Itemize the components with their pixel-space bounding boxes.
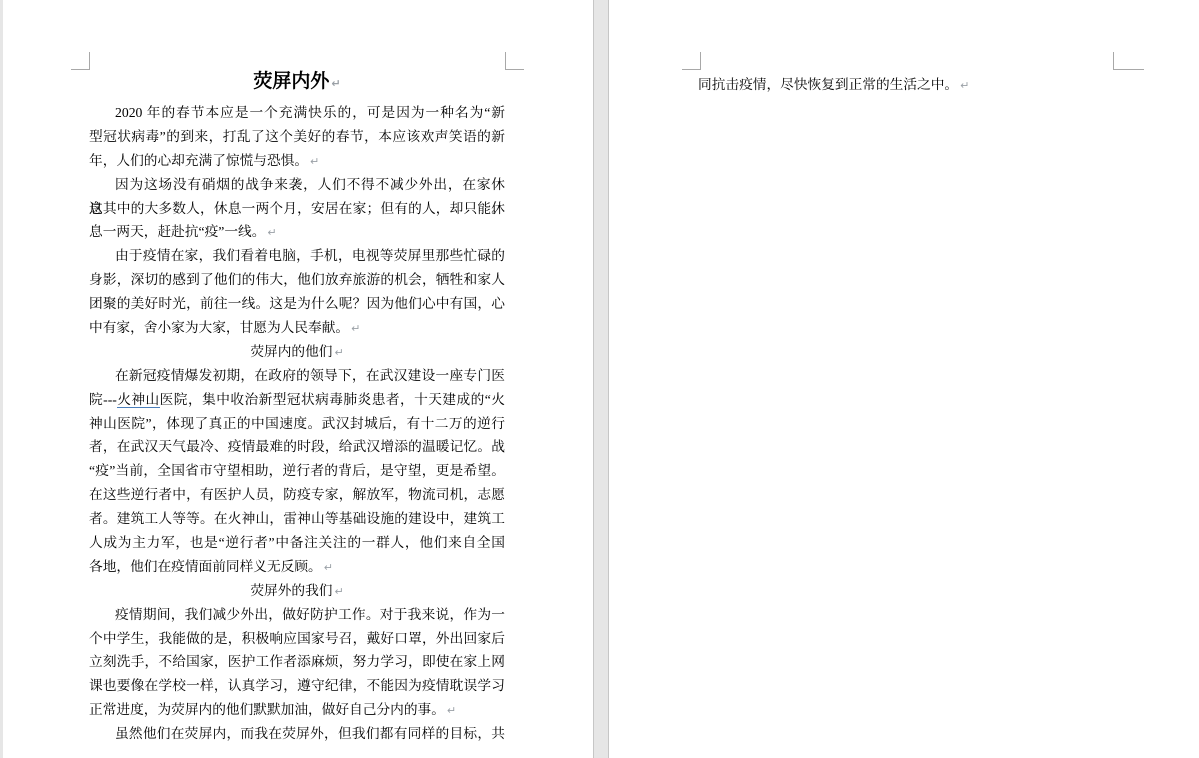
text-line[interactable]: 课也要像在学校一样，认真学习，遵守纪律，不能因为疫情耽误学习 [89, 674, 505, 698]
text-segment: 团聚的美好时光，前往一线。这是为什么呢？因为他们心中有国，心 [89, 296, 505, 311]
page-2-text[interactable]: 同抗击疫情，尽快恢复到正常的生活之中。↵ [698, 73, 1114, 97]
document-page-2[interactable]: 同抗击疫情，尽快恢复到正常的生活之中。↵ [608, 0, 1199, 758]
text-line[interactable]: 荧屏内的他们↵ [89, 340, 505, 364]
paragraph-mark-icon: ↵ [447, 704, 456, 717]
text-line[interactable]: 同抗击疫情，尽快恢复到正常的生活之中。↵ [698, 73, 1114, 97]
hyperlink-huoshenshan[interactable]: 火神山 [117, 392, 160, 408]
paragraph-mark-icon: ↵ [334, 346, 343, 359]
margin-corner-mark-icon [505, 52, 524, 70]
text-segment: 同抗击疫情，尽快恢复到正常的生活之中。 [698, 77, 958, 92]
text-line[interactable]: 者。建筑工人等等。在火神山，雷神山等基础设施的建设中，建筑工 [89, 507, 505, 531]
text-segment: “疫”当前，全国省市守望相助，逆行者的背后，是守望，更是希望。 [89, 463, 505, 478]
text-line[interactable]: 在这些逆行者中，有医护人员，防疫专家，解放军，物流司机，志愿 [89, 483, 505, 507]
document-workspace: 荧屏内外↵2020 年的春节本应是一个充满快乐的，可是因为一种名为“新型冠状病毒… [0, 0, 1199, 758]
text-line[interactable]: “疫”当前，全国省市守望相助，逆行者的背后，是守望，更是希望。 [89, 459, 505, 483]
text-line[interactable]: 团聚的美好时光，前往一线。这是为什么呢？因为他们心中有国，心 [89, 292, 505, 316]
document-page-1[interactable]: 荧屏内外↵2020 年的春节本应是一个充满快乐的，可是因为一种名为“新型冠状病毒… [3, 0, 594, 758]
text-segment: 年，人们的心却充满了惊慌与恐惧。 [89, 153, 308, 168]
text-line[interactable]: 型冠状病毒”的到来，打乱了这个美好的春节，本应该欢声笑语的新 [89, 125, 505, 149]
text-line[interactable]: 立刻洗手，不给国家，医护工作者添麻烦，努力学习，即使在家上网 [89, 650, 505, 674]
text-line[interactable]: 神山医院”，体现了真正的中国速度。武汉封城后，有十二万的逆行 [89, 412, 505, 436]
text-line[interactable]: 各地，他们在疫情面前同样义无反顾。↵ [89, 555, 505, 579]
text-line[interactable]: 在新冠疫情爆发初期，在政府的领导下，在武汉建设一座专门医 [89, 364, 505, 388]
document-title[interactable]: 荧屏内外↵ [89, 62, 505, 101]
page-1-text[interactable]: 荧屏内外↵2020 年的春节本应是一个充满快乐的，可是因为一种名为“新型冠状病毒… [89, 62, 505, 746]
paragraph-mark-icon: ↵ [324, 561, 333, 574]
paragraph-mark-icon: ↵ [960, 79, 969, 92]
margin-corner-mark-icon [682, 52, 701, 70]
text-line[interactable]: 2020 年的春节本应是一个充满快乐的，可是因为一种名为“新 [89, 101, 505, 125]
text-line[interactable]: 年，人们的心却充满了惊慌与恐惧。↵ [89, 149, 505, 173]
paragraph-mark-icon: ↵ [267, 226, 276, 239]
text-segment: 身影，深切的感到了他们的伟大，他们放弃旅游的机会，牺牲和家人 [89, 272, 505, 287]
text-segment: 型冠状病毒”的到来，打乱了这个美好的春节，本应该欢声笑语的新 [89, 129, 505, 144]
text-segment: 各地，他们在疫情面前同样义无反顾。 [89, 559, 322, 574]
paragraph-mark-icon: ↵ [334, 585, 343, 598]
text-segment: 者。建筑工人等等。在火神山，雷神山等基础设施的建设中，建筑工 [89, 511, 505, 526]
text-segment: 虽然他们在荧屏内，而我在荧屏外，但我们都有同样的目标，共 [115, 726, 505, 741]
text-segment: 在新冠疫情爆发初期，在政府的领导下，在武汉建设一座专门医 [115, 368, 505, 383]
text-segment: 这其中的大多数人，休息一两个月，安居在家；但有的人，却只能休 [89, 201, 505, 216]
text-line[interactable]: 虽然他们在荧屏内，而我在荧屏外，但我们都有同样的目标，共 [89, 722, 505, 746]
text-segment: 院--- [89, 392, 117, 407]
paragraph-mark-icon: ↵ [310, 155, 319, 168]
text-line[interactable]: 院---火神山医院，集中收治新型冠状病毒肺炎患者，十天建成的“火 [89, 388, 505, 412]
margin-corner-mark-icon [1113, 52, 1144, 70]
text-line[interactable]: 息一两天，赶赴抗“疫”一线。↵ [89, 220, 505, 244]
text-segment: 中有家，舍小家为大家，甘愿为人民奉献。 [89, 320, 349, 335]
text-line[interactable]: 中有家，舍小家为大家，甘愿为人民奉献。↵ [89, 316, 505, 340]
paragraph-mark-icon: ↵ [351, 322, 360, 335]
text-segment: 2020 年的春节本应是一个充满快乐的，可是因为一种名为“新 [115, 105, 505, 120]
text-segment: 荧屏内外 [253, 71, 329, 92]
text-segment: 人成为主力军，也是“逆行者”中备注关注的一群人，他们来自全国 [89, 535, 505, 550]
margin-corner-mark-icon [71, 52, 90, 70]
text-segment: 立刻洗手，不给国家，医护工作者添麻烦，努力学习，即使在家上网 [89, 654, 505, 669]
text-segment: 正常进度，为荧屏内的他们默默加油，做好自己分内的事。 [89, 702, 445, 717]
text-line[interactable]: 正常进度，为荧屏内的他们默默加油，做好自己分内的事。↵ [89, 698, 505, 722]
text-line[interactable]: 由于疫情在家，我们看着电脑，手机，电视等荧屏里那些忙碌的 [89, 244, 505, 268]
text-segment: 疫情期间，我们减少外出，做好防护工作。对于我来说，作为一 [115, 607, 505, 622]
text-line[interactable]: 人成为主力军，也是“逆行者”中备注关注的一群人，他们来自全国 [89, 531, 505, 555]
text-line[interactable]: 疫情期间，我们减少外出，做好防护工作。对于我来说，作为一 [89, 603, 505, 627]
text-segment: 荧屏内的他们 [250, 344, 332, 359]
text-line[interactable]: 个中学生，我能做的是，积极响应国家号召，戴好口罩，外出回家后 [89, 627, 505, 651]
text-segment: 者，在武汉天气最冷、疫情最难的时段，给武汉增添的温暖记忆。战 [89, 439, 505, 454]
text-line[interactable]: 荧屏外的我们↵ [89, 579, 505, 603]
text-line[interactable]: 因为这场没有硝烟的战争来袭，人们不得不减少外出，在家休息。 [89, 173, 505, 197]
text-segment: 息一两天，赶赴抗“疫”一线。 [89, 224, 265, 239]
paragraph-mark-icon: ↵ [331, 77, 340, 90]
text-line[interactable]: 者，在武汉天气最冷、疫情最难的时段，给武汉增添的温暖记忆。战 [89, 435, 505, 459]
text-line[interactable]: 身影，深切的感到了他们的伟大，他们放弃旅游的机会，牺牲和家人 [89, 268, 505, 292]
text-segment: 课也要像在学校一样，认真学习，遵守纪律，不能因为疫情耽误学习 [89, 678, 505, 693]
text-segment: 神山医院”，体现了真正的中国速度。武汉封城后，有十二万的逆行 [89, 416, 505, 431]
text-segment: 医院，集中收治新型冠状病毒肺炎患者，十天建成的“火 [160, 392, 505, 407]
text-line[interactable]: 这其中的大多数人，休息一两个月，安居在家；但有的人，却只能休 [89, 197, 505, 221]
text-segment: 荧屏外的我们 [250, 583, 332, 598]
text-segment: 个中学生，我能做的是，积极响应国家号召，戴好口罩，外出回家后 [89, 631, 505, 646]
text-segment: 在这些逆行者中，有医护人员，防疫专家，解放军，物流司机，志愿 [89, 487, 505, 502]
text-segment: 由于疫情在家，我们看着电脑，手机，电视等荧屏里那些忙碌的 [115, 248, 505, 263]
